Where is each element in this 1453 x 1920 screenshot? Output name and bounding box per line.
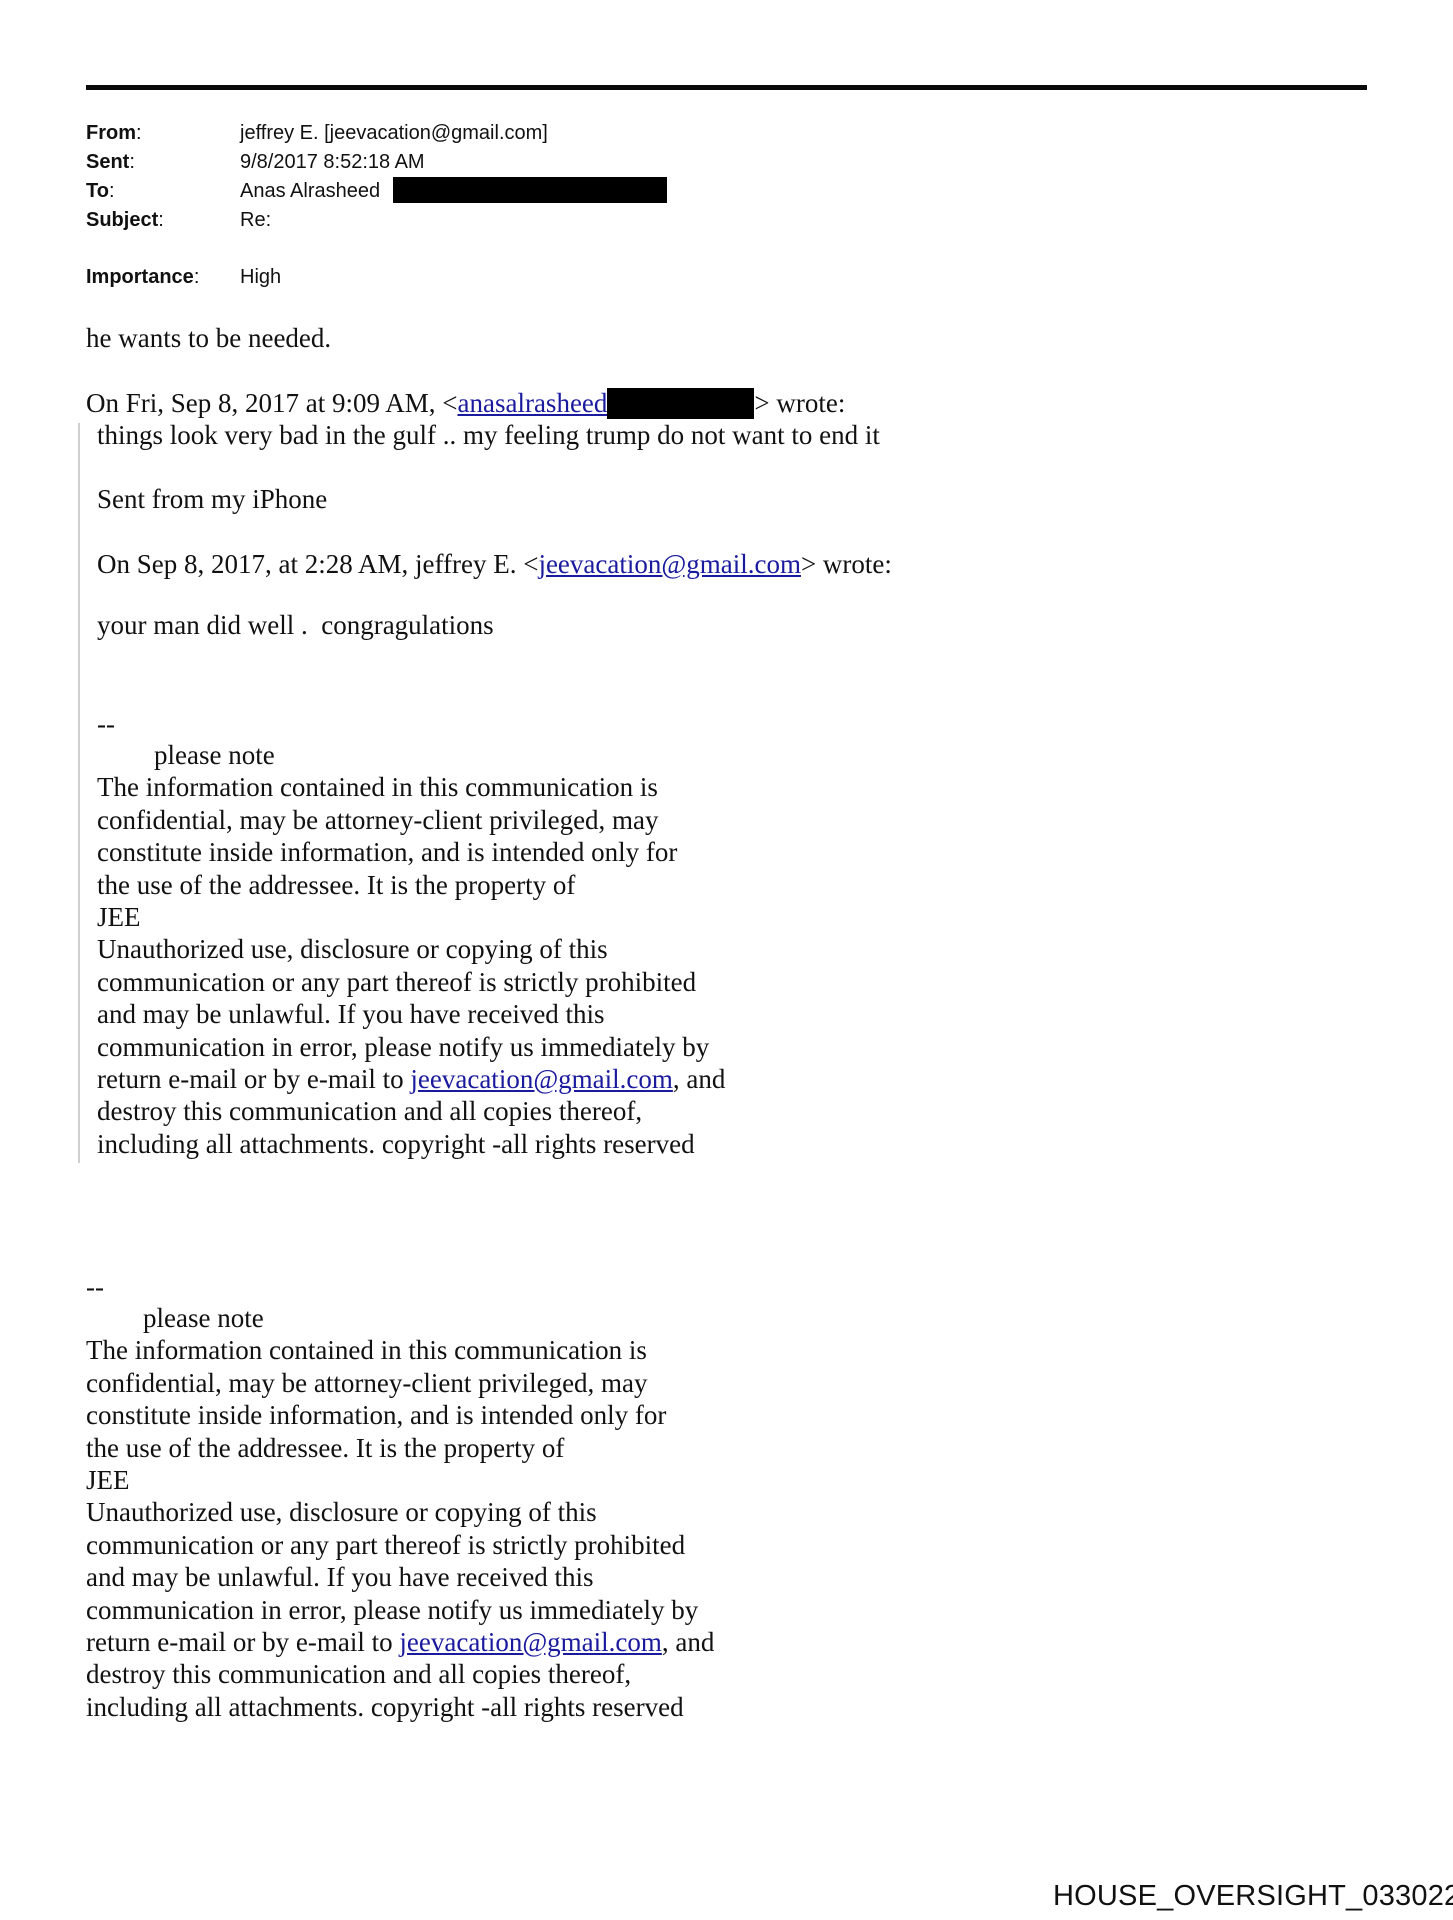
redaction-box — [607, 388, 754, 419]
disclaimer-line: Unauthorized use, disclosure or copying … — [86, 1496, 597, 1528]
quote1-sender-link[interactable]: anasalrasheed — [458, 388, 608, 418]
disclaimer-line: the use of the addressee. It is the prop… — [97, 869, 575, 901]
disclaimer-line: communication in error, please notify us… — [86, 1594, 698, 1626]
subject-row: Subject:Re: — [86, 208, 271, 232]
disclaimer-line: including all attachments. copyright -al… — [86, 1691, 684, 1723]
disclaimer-line: communication in error, please notify us… — [97, 1031, 709, 1063]
disclaimer-email-line: return e-mail or by e-mail to jeevacatio… — [97, 1063, 725, 1095]
disclaimer-line: destroy this communication and all copie… — [86, 1658, 631, 1690]
sent-value: 9/8/2017 8:52:18 AM — [240, 150, 425, 174]
quote-bar — [78, 423, 80, 1163]
disclaimer-line: communication or any part thereof is str… — [97, 966, 696, 998]
sent-label: Sent: — [86, 150, 240, 174]
importance-value: High — [240, 265, 281, 289]
disclaimer-email-link[interactable]: jeevacation@gmail.com — [399, 1627, 662, 1657]
disclaimer-email-link[interactable]: jeevacation@gmail.com — [410, 1064, 673, 1094]
quote2-attribution: On Sep 8, 2017, at 2:28 AM, jeffrey E. <… — [97, 548, 892, 580]
redaction-box — [393, 177, 667, 203]
disclaimer-separator: -- — [86, 1271, 104, 1303]
disclaimer-line: The information contained in this commun… — [97, 771, 658, 803]
importance-row: Importance:High — [86, 265, 281, 289]
quote1-signature: Sent from my iPhone — [97, 483, 327, 515]
disclaimer-line: and may be unlawful. If you have receive… — [86, 1561, 594, 1593]
disclaimer-line: confidential, may be attorney-client pri… — [97, 804, 659, 836]
disclaimer-line: the use of the addressee. It is the prop… — [86, 1432, 564, 1464]
from-row: From:jeffrey E. [jeevacation@gmail.com] — [86, 121, 548, 145]
disclaimer-line: communication or any part thereof is str… — [86, 1529, 685, 1561]
disclaimer-line: The information contained in this commun… — [86, 1334, 647, 1366]
disclaimer-heading: please note — [154, 739, 275, 771]
disclaimer-line: confidential, may be attorney-client pri… — [86, 1367, 648, 1399]
disclaimer-line: constitute inside information, and is in… — [86, 1399, 666, 1431]
bates-number: HOUSE_OVERSIGHT_033022 — [1053, 1879, 1453, 1913]
quote2-sender-link[interactable]: jeevacation@gmail.com — [538, 549, 801, 579]
disclaimer-line: constitute inside information, and is in… — [97, 836, 677, 868]
from-value: jeffrey E. [jeevacation@gmail.com] — [240, 121, 548, 145]
disclaimer-line: Unauthorized use, disclosure or copying … — [97, 933, 608, 965]
disclaimer-separator: -- — [97, 708, 115, 740]
sent-row: Sent:9/8/2017 8:52:18 AM — [86, 150, 425, 174]
disclaimer-line: destroy this communication and all copie… — [97, 1095, 642, 1127]
subject-label: Subject: — [86, 208, 240, 232]
reply-text: he wants to be needed. — [86, 322, 331, 354]
quote1-text: things look very bad in the gulf .. my f… — [97, 419, 880, 451]
disclaimer-line: JEE — [97, 901, 141, 933]
disclaimer-email-line: return e-mail or by e-mail to jeevacatio… — [86, 1626, 714, 1658]
disclaimer-line: including all attachments. copyright -al… — [97, 1128, 695, 1160]
to-row: To:Anas Alrasheed — [86, 179, 380, 203]
disclaimer-line: and may be unlawful. If you have receive… — [97, 998, 605, 1030]
header-rule — [86, 85, 1367, 90]
disclaimer-line: JEE — [86, 1464, 130, 1496]
to-label: To: — [86, 179, 240, 203]
importance-label: Importance: — [86, 265, 240, 289]
subject-value: Re: — [240, 208, 271, 232]
quote1-attribution: On Fri, Sep 8, 2017 at 9:09 AM, <anasalr… — [86, 387, 845, 419]
quote2-text: your man did well . congragulations — [97, 609, 494, 641]
disclaimer-heading: please note — [143, 1302, 264, 1334]
to-value: Anas Alrasheed — [240, 179, 380, 203]
from-label: From: — [86, 121, 240, 145]
